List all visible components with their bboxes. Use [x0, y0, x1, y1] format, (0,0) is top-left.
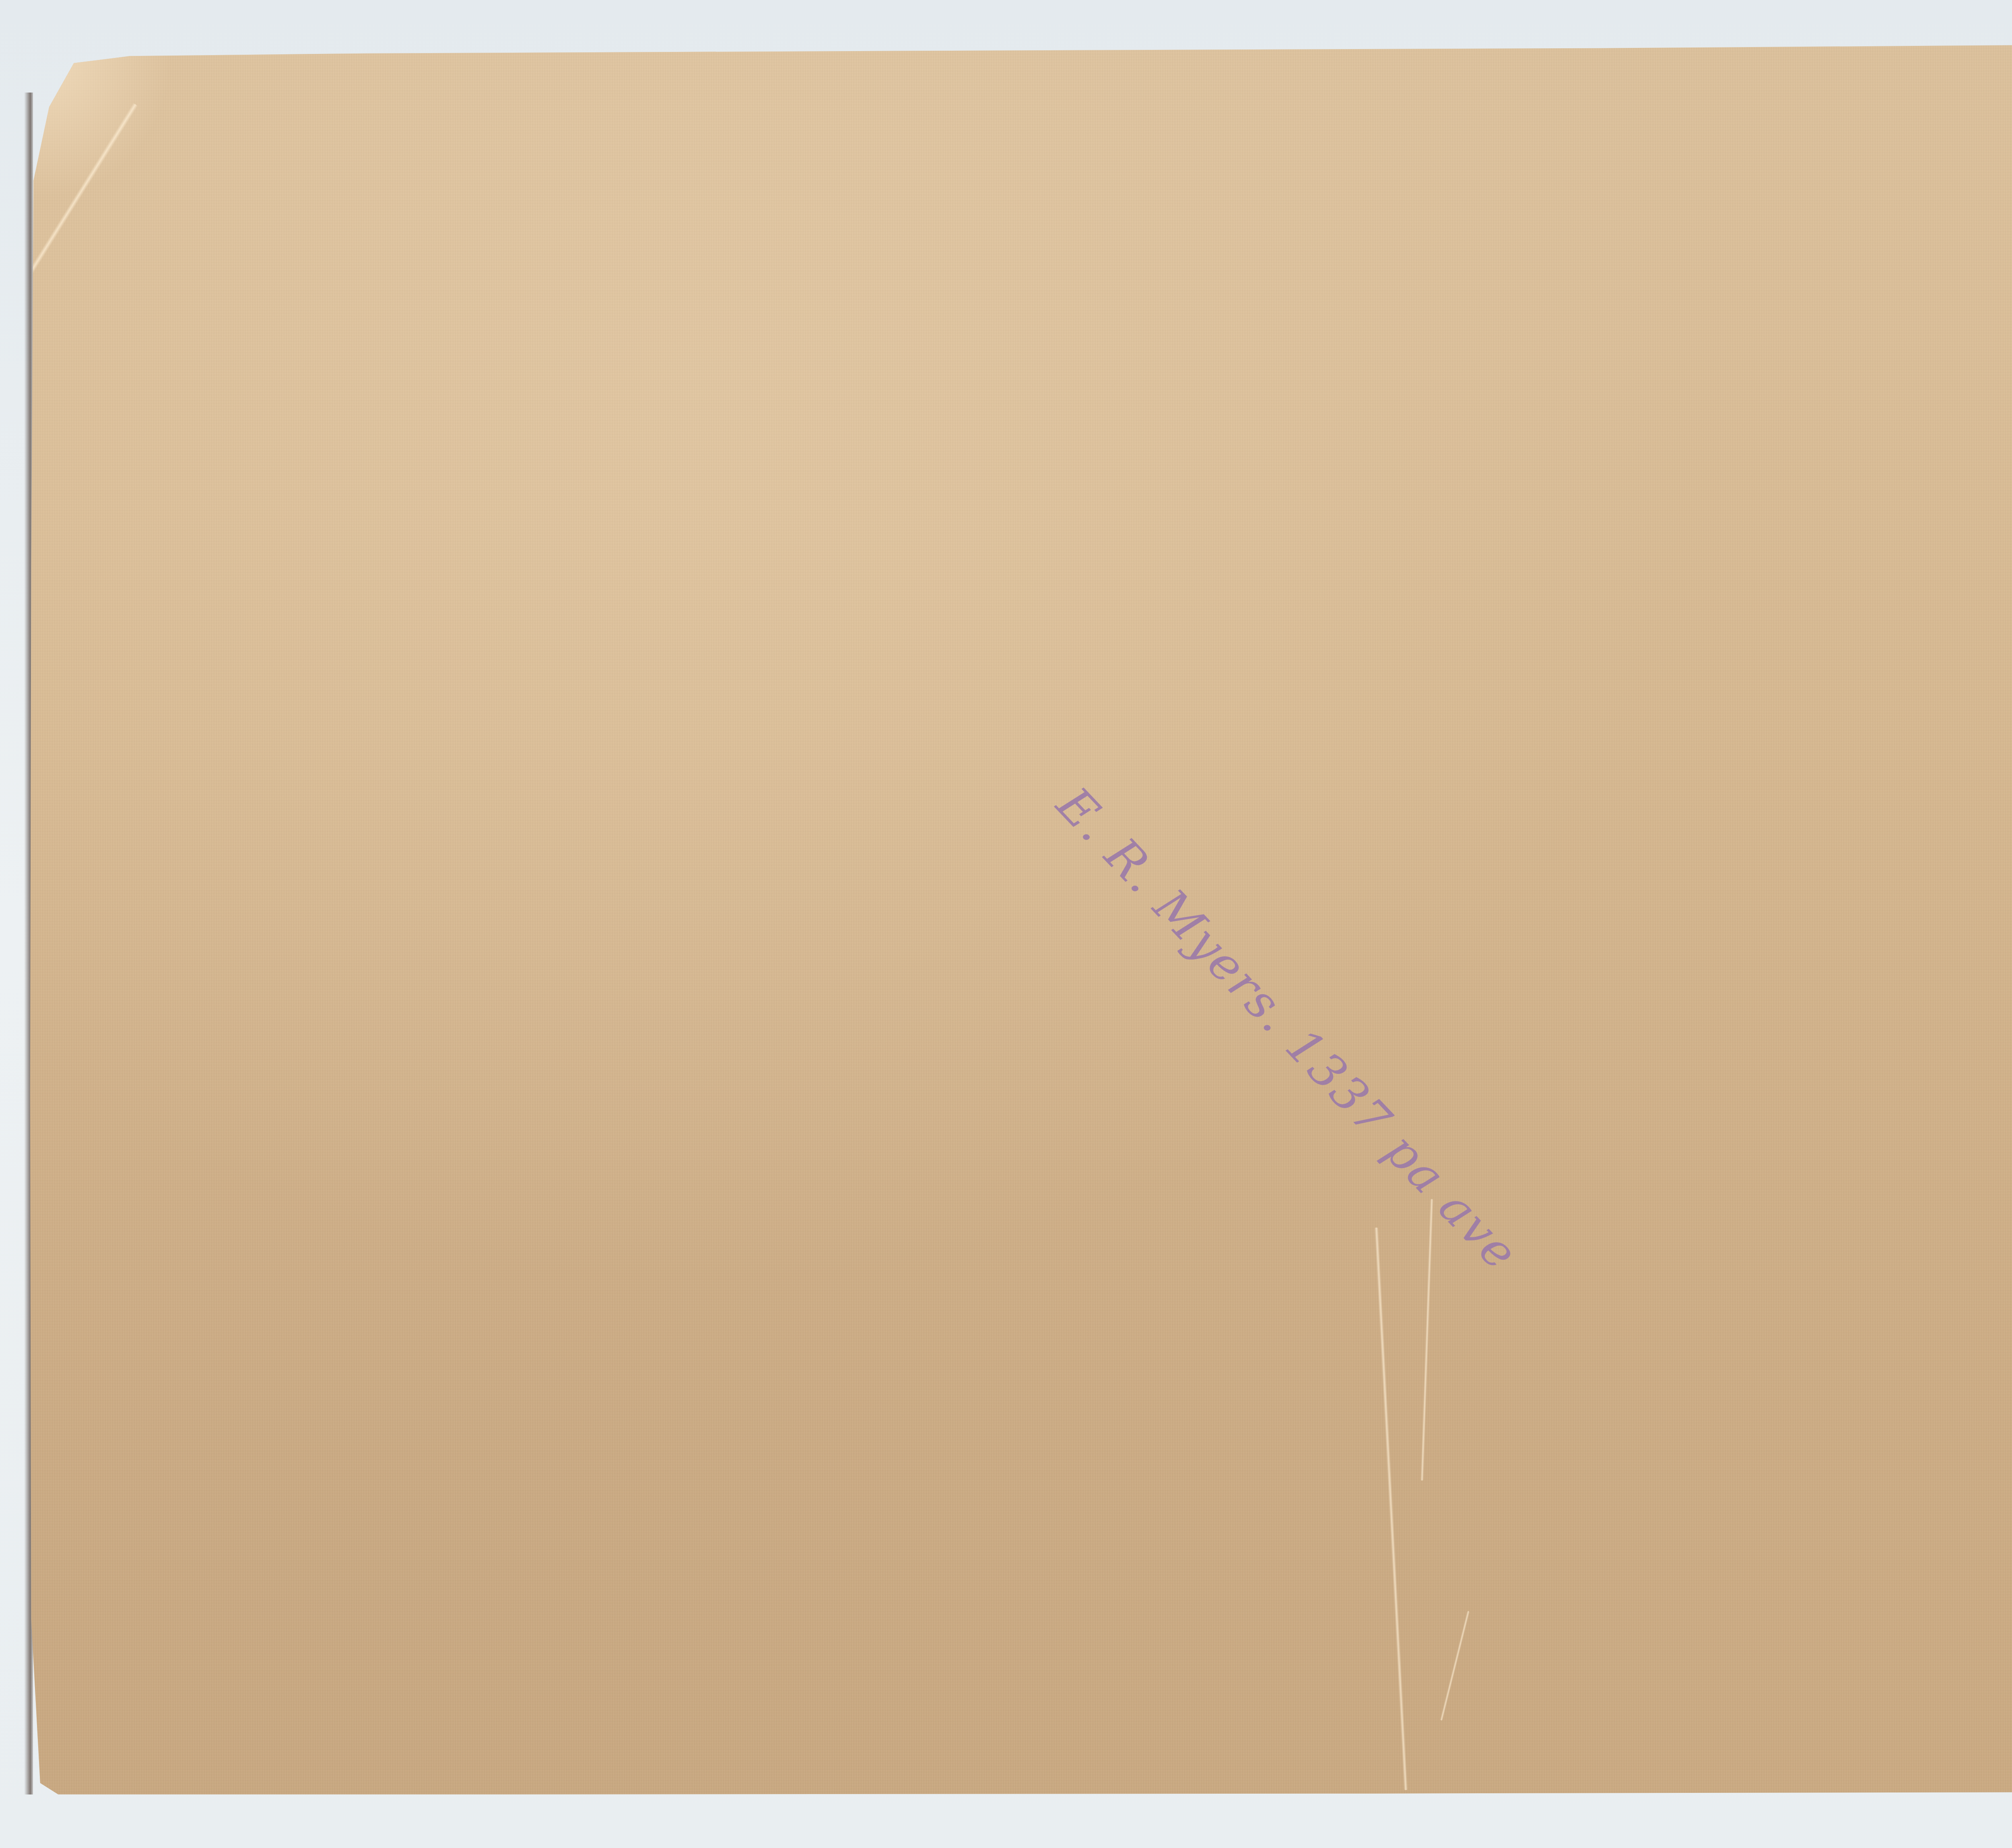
crease-bottom-1	[1374, 1228, 1408, 1790]
crease-bottom-3	[1440, 1611, 1470, 1720]
crease-bottom-2	[1420, 1199, 1433, 1481]
photo-mount-card	[29, 40, 2012, 1795]
paper-texture	[29, 40, 2012, 1795]
